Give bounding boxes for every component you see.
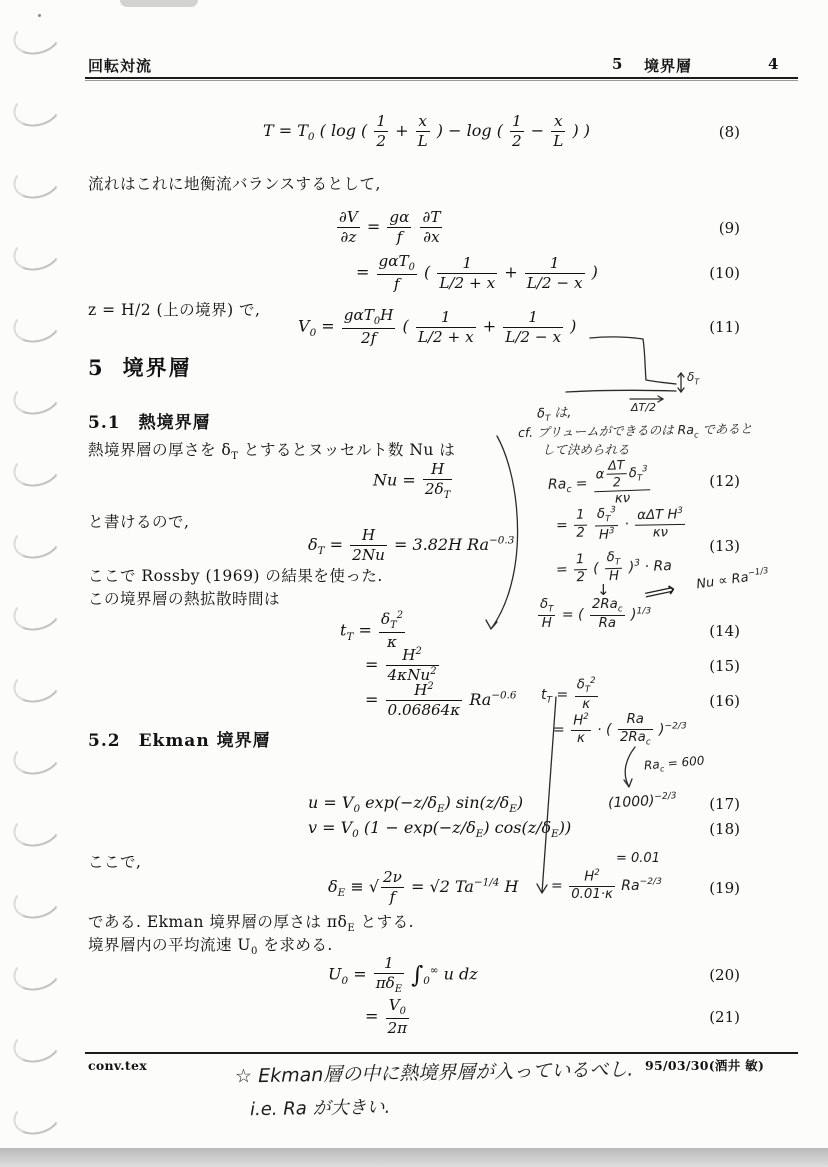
header-title: 回転対流 — [88, 55, 152, 76]
hw-footer-note2: i.e. Ra が大きい. — [250, 1093, 391, 1121]
footer-filename: conv.tex — [88, 1058, 147, 1073]
hw-nu-scaling: Nu ∝ Ra−1/3 — [695, 565, 770, 592]
equation-20: U0 = 1πδE ∫0∞ u dz (20) — [88, 954, 740, 996]
equation-number: (14) — [709, 622, 740, 640]
equation-body: = H24κNu2 — [365, 646, 441, 685]
equation-8: T = T0 ( log ( 12 + xL ) − log ( 12 − xL… — [88, 112, 740, 151]
binder-ring — [9, 878, 64, 923]
paragraph: である. Ekman 境界層の厚さは πδE とする. — [88, 910, 414, 934]
equation-number: (11) — [709, 318, 740, 336]
paragraph: この境界層の熱拡散時間は — [88, 587, 280, 609]
footer-date-author: 95/03/30(酒井 敏) — [645, 1056, 764, 1074]
scanned-page: 回転対流 5 境界層 4 T = T0 ( log ( 12 + xL ) − … — [0, 0, 828, 1167]
hw-rac-value: Rac = 600 — [643, 753, 705, 775]
equation-body: = V02π — [365, 996, 411, 1038]
equation-number: (9) — [719, 219, 740, 237]
binder-ring — [9, 662, 64, 707]
header-rule-echo — [85, 80, 798, 81]
equation-body: δT = H2Nu = 3.82H Ra−0.3 — [308, 526, 514, 565]
equation-10: = gαT0f ( 1L/2 + x + 1L/2 − x ) (10) — [88, 252, 740, 294]
equation-body: = gαT0f ( 1L/2 + x + 1L/2 − x ) — [356, 252, 598, 294]
equation-number: (12) — [709, 472, 740, 490]
section-number: 5.2 — [88, 731, 121, 751]
binder-ring — [9, 734, 64, 779]
equation-body: Nu = H2δT — [373, 460, 454, 502]
section-5-1-heading: 5.1熱境界層 — [88, 408, 211, 433]
hw-numeric-result: = 0.01 — [616, 851, 660, 866]
equation-number: (21) — [709, 1008, 740, 1026]
equation-body: ∂V∂z = gαf ∂T∂x — [335, 208, 444, 247]
equation-11: V0 = gαT0H2f ( 1L/2 + x + 1L/2 − x ) (11… — [88, 306, 740, 348]
equation-body: v = V0 (1 − exp(−z/δE) cos(z/δE)) — [308, 818, 571, 840]
hw-tt-final: = H20.01·κ Ra−2/3 — [551, 868, 662, 904]
hw-rac-definition: Rac = αΔT2δT3κν — [547, 456, 653, 510]
hw-tt-definition: tT = δT2κ — [541, 676, 600, 713]
equation-body: T = T0 ( log ( 12 + xL ) − log ( 12 − xL… — [263, 112, 590, 151]
binder-ring — [9, 14, 64, 59]
equation-number: (13) — [709, 537, 740, 555]
equation-number: (18) — [709, 820, 740, 838]
footer-rule — [85, 1052, 798, 1054]
equation-number: (8) — [719, 123, 740, 141]
hw-footer-note1: ☆ Ekman層の中に熱境界層が入っているべし. — [235, 1055, 634, 1089]
binder-ring — [9, 1022, 64, 1067]
hw-implies-arrow: ⟹ — [642, 577, 678, 608]
binder-ring — [9, 86, 64, 131]
equation-body: V0 = gαT0H2f ( 1L/2 + x + 1L/2 − x ) — [298, 306, 576, 348]
header-page-number: 4 — [768, 55, 779, 73]
binder-ring — [9, 230, 64, 275]
hw-note-line2: cf. プリュームができるのは Rac であると — [518, 419, 753, 443]
equation-body: δE ≡ √2νf = √2 Ta−1/4 H — [328, 868, 518, 907]
section-5-2-heading: 5.2Ekman 境界層 — [88, 726, 271, 751]
scan-speck — [38, 14, 41, 17]
binder-ring — [9, 518, 64, 563]
sketch-dt-label: ΔT/2 — [631, 401, 656, 414]
equation-9: ∂V∂z = gαf ∂T∂x (9) — [88, 208, 740, 247]
header-section-title: 境界層 — [644, 55, 692, 76]
hw-rac-step2: = 12 δT3H3 · αΔT H3κν — [556, 504, 688, 545]
hw-note-line3: して決められる — [542, 440, 630, 458]
paragraph: 流れはこれに地衡流バランスするとして, — [88, 172, 381, 194]
sketch-delta-arrow — [678, 373, 684, 392]
hw-delta-ratio: δTH = ( 2RacRa )1/3 — [536, 597, 651, 633]
section-number: 5.1 — [88, 413, 121, 433]
equation-21: = V02π (21) — [88, 996, 740, 1038]
binder-ring — [9, 446, 64, 491]
paragraph: ここで Rossby (1969) の結果を使った. — [88, 564, 383, 586]
binder-ring — [9, 1094, 64, 1139]
binder-ring — [9, 302, 64, 347]
hw-tt-step2: = H2κ · ( Ra2Rac )−2/3 — [553, 712, 687, 748]
section-title: 熱境界層 — [139, 413, 211, 433]
section-5-heading: 5境界層 — [88, 352, 192, 382]
paragraph: 熱境界層の厚さを δT とするとヌッセルト数 Nu は — [88, 438, 455, 462]
equation-body: = H20.06864κ Ra−0.6 — [365, 681, 517, 720]
section-title: Ekman 境界層 — [139, 731, 271, 751]
equation-body: u = V0 exp(−z/δE) sin(z/δE) — [308, 793, 523, 815]
sketch-delta-label: δT — [687, 370, 699, 386]
binder-ring — [9, 590, 64, 635]
hw-note-line1: δT は, — [537, 401, 572, 423]
equation-18: v = V0 (1 − exp(−z/δE) cos(z/δE)) (18) — [88, 818, 740, 840]
binder-ring — [9, 374, 64, 419]
binder-ring — [9, 158, 64, 203]
section-title: 境界層 — [123, 355, 192, 380]
equation-number: (19) — [709, 879, 740, 897]
equation-number: (15) — [709, 657, 740, 675]
equation-number: (20) — [709, 966, 740, 984]
section-number: 5 — [88, 355, 105, 380]
scan-edge-band — [0, 1148, 828, 1167]
equation-body: U0 = 1πδE ∫0∞ u dz — [328, 954, 478, 996]
header-section-number: 5 — [612, 55, 623, 73]
annotation-arrow-3 — [624, 747, 635, 787]
equation-number: (17) — [709, 795, 740, 813]
equation-number: (16) — [709, 692, 740, 710]
equation-number: (10) — [709, 264, 740, 282]
equation-15: = H24κNu2 (15) — [88, 646, 740, 685]
header-rule — [85, 77, 798, 79]
sketch-baseline — [566, 390, 676, 392]
binder-ring — [9, 950, 64, 995]
scan-smudge — [120, 0, 198, 7]
binder-ring — [9, 806, 64, 851]
